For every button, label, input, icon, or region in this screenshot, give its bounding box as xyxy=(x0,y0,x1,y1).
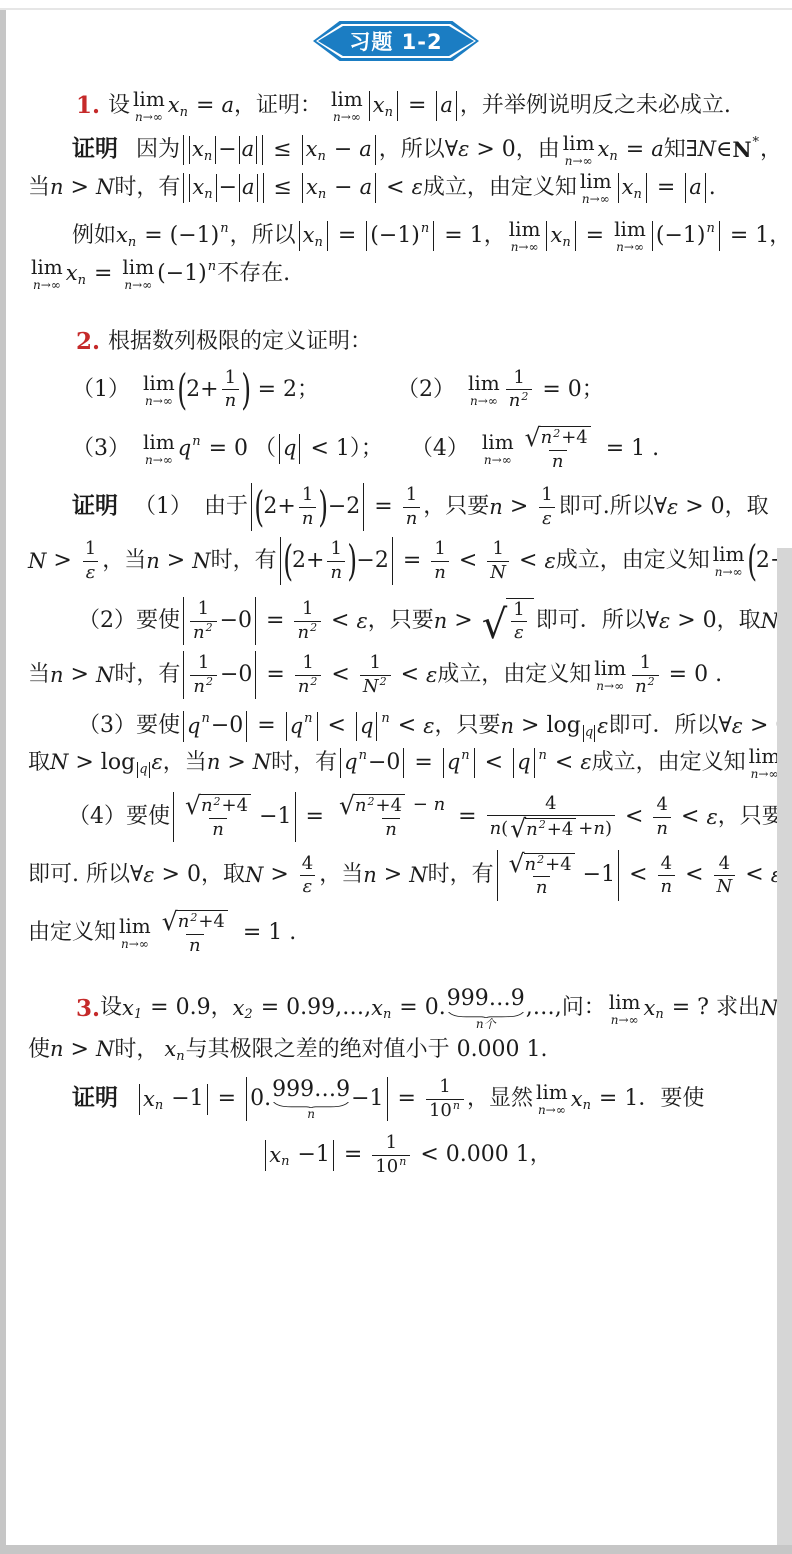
limit-under: n→∞ xyxy=(121,938,149,950)
subscript: n xyxy=(176,1049,184,1066)
text-run: （4） xyxy=(68,803,126,832)
absolute-value-group: a xyxy=(239,136,258,163)
proof-2-2-line-1: （2）要使1n2−0 = 1n2 < ε，只要n > √1ε即可．所以∀ε > … xyxy=(0,597,792,645)
math-variable: N xyxy=(760,995,778,1022)
text-run: > xyxy=(64,1036,96,1065)
underbrace-content: 999…9 xyxy=(447,987,525,1011)
absolute-value-group: (−1)n xyxy=(366,221,434,252)
text-run: +4 xyxy=(545,854,572,877)
radicand: n2+4 xyxy=(524,853,575,877)
fraction-denominator: N xyxy=(487,561,509,585)
absolute-value-group: xn −1 xyxy=(139,1084,208,1115)
fraction: 110n xyxy=(372,1132,410,1178)
fraction: 1ε xyxy=(538,484,555,530)
text-run: − xyxy=(219,174,237,203)
superscript: n xyxy=(539,748,547,765)
text-run: (−1) xyxy=(656,222,706,251)
limit-operator: limn→∞ xyxy=(31,257,63,291)
text-run: < xyxy=(618,803,650,832)
superscript: n xyxy=(381,711,389,728)
proof-2-1-line-1: 证明（1）由于(2+1n)−2 = 1n，只要n > 1ε即可.所以∀ε > 0… xyxy=(0,483,792,531)
text-run: ，证明： xyxy=(234,92,322,121)
text-run: = xyxy=(407,749,439,778)
math-variable: n xyxy=(50,662,64,689)
text-run: 4 xyxy=(545,793,556,816)
math-variable: ε xyxy=(706,804,717,831)
text-run: 2+ xyxy=(186,376,218,405)
subscript: n xyxy=(633,187,641,204)
text-run: 999…9 xyxy=(272,1078,350,1102)
limit-word: lim xyxy=(509,219,541,239)
math-variable: ε xyxy=(597,713,608,740)
math-variable: n xyxy=(525,854,537,877)
text-run: ，当 xyxy=(102,547,146,576)
math-variable: x xyxy=(373,92,385,119)
text-run: > xyxy=(377,861,409,890)
limit-word: lim xyxy=(119,916,151,936)
limit-word: lim xyxy=(31,257,63,277)
proof-2-4-line-1: （4）要使√n2+4n−1 = √n2+4 − nn = 4n(√n2+4+n)… xyxy=(0,792,792,843)
math-variable: ε xyxy=(143,862,154,889)
radical-sign: √ xyxy=(162,909,178,934)
math-variable: n xyxy=(501,713,515,740)
fraction-denominator: 10n xyxy=(372,1155,410,1179)
fraction-numerator: 1 xyxy=(510,367,527,390)
superscript: 2 xyxy=(310,621,317,635)
superscript: 2 xyxy=(648,675,655,689)
fraction-numerator: 1 xyxy=(195,598,212,621)
fraction-denominator: n xyxy=(658,875,676,899)
proof-2-3-line-1: （3）要使qn−0 = qn < qn < ε，只要n > logqε即可．所以… xyxy=(0,711,792,742)
math-variable: ε xyxy=(426,662,437,689)
absolute-value-group: xn−a xyxy=(183,173,263,204)
fraction-denominator: n2 xyxy=(190,675,217,699)
radical-sign: √ xyxy=(525,425,541,450)
absolute-value-group: q xyxy=(279,434,300,463)
limit-operator: limn→∞ xyxy=(594,658,626,692)
subscript: n xyxy=(609,149,617,166)
proof-2-3-line-2: 取N > logqε，当n > N时，有qn−0 = qn < qn < ε成立… xyxy=(0,746,792,780)
text-run: 不存在. xyxy=(217,260,290,289)
text-run: = xyxy=(451,803,483,832)
section-banner-shape: 习题 1-2 xyxy=(313,21,479,61)
text-run: （3） xyxy=(72,435,130,464)
fraction-numerator: 4 xyxy=(542,793,559,816)
math-variable: x xyxy=(550,222,562,249)
text-run: = 2； xyxy=(251,376,319,405)
text-run: < xyxy=(738,861,770,890)
text-run: ) xyxy=(605,818,612,841)
limit-operator: limn→∞ xyxy=(468,373,500,407)
limit-word: lim xyxy=(143,373,175,393)
superscript: 2 xyxy=(206,621,213,635)
text-run: 4 xyxy=(719,853,730,876)
math-variable: a xyxy=(242,174,255,201)
limit-operator: limn→∞ xyxy=(119,916,151,950)
square-root: √n2+4 xyxy=(185,793,251,818)
text-run: 因为 xyxy=(136,136,180,165)
fraction: √n2+4 − nn xyxy=(334,793,448,842)
left-paren: ( xyxy=(283,542,293,580)
fraction-numerator: √n2+4 xyxy=(157,909,233,934)
text-run: = xyxy=(259,661,291,690)
fraction-denominator: n xyxy=(403,507,421,531)
text-run: < 0.000 1， xyxy=(413,1141,551,1170)
fraction-numerator: 1 xyxy=(299,484,316,507)
limit-operator: limn→∞ xyxy=(614,219,646,253)
square-root: √1ε xyxy=(482,598,534,645)
fraction-denominator: N xyxy=(714,875,736,899)
text-run: = 0. xyxy=(392,994,445,1023)
fraction: 1n2 xyxy=(190,598,217,644)
text-run: = xyxy=(401,92,433,121)
text-run: (−1) xyxy=(157,260,207,289)
math-variable: n xyxy=(489,494,503,521)
fraction-denominator: n xyxy=(222,389,240,413)
proof-2-1-line-2: N > 1ε，当n > N时，有(2+1n)−2 = 1n < 1N < ε成立… xyxy=(0,537,792,585)
text-run: 1 xyxy=(302,652,313,675)
fraction-numerator: √n2+4 xyxy=(520,425,596,450)
problem-1-statement: 1.设limn→∞xn = a，证明：limn→∞xn = a，并举例说明反之未… xyxy=(0,89,792,123)
subscript: 1 xyxy=(134,1007,142,1024)
absolute-value-group: q xyxy=(583,725,595,742)
text-run: = ? 求出 xyxy=(665,994,760,1023)
text-run: −1 xyxy=(164,1085,203,1114)
bold-symbol: N xyxy=(732,136,751,163)
text-run: > xyxy=(160,547,192,576)
subscript: n xyxy=(204,187,212,204)
fraction-denominator: n xyxy=(653,817,671,841)
math-variable: q xyxy=(447,749,460,776)
absolute-value-group: 0.999…9n−1 xyxy=(246,1077,387,1121)
proof-3-line-1: 证明xn −1 = 0.999…9n−1 = 110n，显然limn→∞xn =… xyxy=(0,1076,792,1122)
limit-under: n→∞ xyxy=(511,241,539,253)
limit-word: lim xyxy=(482,432,514,452)
text-run: 由定义知 xyxy=(28,919,116,948)
proof-1-line-1: 证明因为xn−a ≤ xn − a，所以∀ε > 0，由limn→∞xn = a… xyxy=(0,133,792,167)
math-variable: x xyxy=(168,92,180,119)
text-run: −1 xyxy=(290,1141,329,1170)
math-variable: n xyxy=(212,819,224,842)
limit-word: lim xyxy=(580,171,612,191)
text-run: 1 xyxy=(541,484,552,507)
text-run: （1） xyxy=(72,376,130,405)
text-run: 时，有 xyxy=(271,749,337,778)
text-run: = xyxy=(579,222,611,251)
math-variable: ε xyxy=(412,174,423,201)
limit-under: n→∞ xyxy=(124,279,152,291)
math-variable: n xyxy=(526,819,538,842)
fraction-denominator: ε xyxy=(83,561,99,585)
math-variable: x xyxy=(644,995,656,1022)
subscript-group: q xyxy=(136,762,150,779)
problem-3-statement-line-2: 使n > N时，xn与其极限之差的绝对值小于 0.000 1. xyxy=(0,1036,792,1065)
text-run: −2 xyxy=(328,493,360,522)
limit-word: lim xyxy=(749,746,781,766)
absolute-value-group: (−1)n xyxy=(652,221,720,252)
fraction-denominator: n xyxy=(209,818,227,842)
text-run: 要使 xyxy=(136,607,180,636)
subscript: n xyxy=(383,1007,391,1024)
text-run: 成立，由定义知 xyxy=(437,661,591,690)
math-variable: N xyxy=(50,749,68,776)
math-variable: n xyxy=(363,862,377,889)
fraction-denominator: N2 xyxy=(360,675,391,699)
text-run: − xyxy=(327,174,359,203)
text-run: < xyxy=(379,174,411,203)
parenthesis-group: (2+1n) xyxy=(255,484,328,530)
fraction-numerator: 1 xyxy=(299,652,316,675)
math-variable: a xyxy=(221,92,234,119)
text-run: = xyxy=(250,712,282,741)
absolute-value-group: a xyxy=(436,91,457,120)
text-run: = 0.99,…, xyxy=(254,994,371,1023)
absolute-value-group: xn − a xyxy=(302,173,376,204)
fraction-denominator: 10n xyxy=(426,1099,464,1123)
fraction: 1n xyxy=(403,484,421,530)
superscript: n xyxy=(453,1099,460,1113)
math-variable: n xyxy=(406,508,418,531)
text-run: 1 xyxy=(439,1076,450,1099)
text-run: − xyxy=(218,136,236,165)
fraction-numerator: 1 xyxy=(538,484,555,507)
text-run: = 1 . xyxy=(236,919,296,948)
text-run: 1 xyxy=(513,599,524,622)
text-run: −0 xyxy=(211,712,243,741)
math-variable: N xyxy=(96,174,114,201)
subscript: n xyxy=(128,235,136,252)
superscript: 2 xyxy=(310,675,317,689)
problem-2-statement: 2.根据数列极限的定义证明： xyxy=(0,327,792,357)
subscript: n xyxy=(318,187,326,204)
fraction-numerator: 1 xyxy=(637,652,654,675)
math-variable: x xyxy=(269,1142,281,1169)
square-root: √n2+4 xyxy=(525,425,591,450)
math-variable: n xyxy=(201,795,213,818)
superscript: 2 xyxy=(190,911,197,925)
text-run: 取 xyxy=(28,749,50,778)
fraction-numerator: 1 xyxy=(299,598,316,621)
absolute-value-group: a xyxy=(685,173,706,202)
text-run: . xyxy=(709,174,716,203)
fraction-denominator: n xyxy=(549,450,567,474)
fraction-denominator: n2 xyxy=(295,675,322,699)
math-variable: x xyxy=(622,174,634,201)
radicand: n2+4 xyxy=(540,426,591,450)
text-run: 1 xyxy=(302,484,313,507)
limit-operator: limn→∞ xyxy=(536,1082,568,1116)
superscript: 2 xyxy=(214,795,221,809)
text-run: 1 xyxy=(302,598,313,621)
text-run: −0 xyxy=(220,661,252,690)
subscript: n xyxy=(180,105,188,122)
underbrace-content: 999…9 xyxy=(272,1078,350,1102)
subscript: n xyxy=(317,149,325,166)
fraction-numerator: 1 xyxy=(403,484,420,507)
limit-word: lim xyxy=(468,373,500,393)
math-variable: ε xyxy=(514,622,524,645)
math-variable: q xyxy=(290,713,303,740)
limit-operator: limn→∞ xyxy=(580,171,612,205)
text-run: ，只要 xyxy=(423,493,489,522)
text-run: 时，有 xyxy=(114,174,180,203)
page-top-line xyxy=(0,8,792,10)
absolute-value-group: q xyxy=(137,762,149,779)
math-variable: a xyxy=(242,136,255,163)
math-variable: n xyxy=(193,622,205,645)
text-run: < xyxy=(674,803,706,832)
fraction: 1n2 xyxy=(295,652,322,698)
fraction-numerator: √n2+4 xyxy=(504,851,580,876)
text-run: ≤ xyxy=(266,136,298,165)
math-variable: n xyxy=(385,819,397,842)
math-variable: a xyxy=(360,174,373,201)
text-run: 当 xyxy=(28,661,50,690)
subscript: n xyxy=(281,1154,289,1171)
fraction: 110n xyxy=(426,1076,464,1122)
math-variable: q xyxy=(585,725,593,742)
fraction-denominator: n(√n2+4+n) xyxy=(487,815,615,841)
text-run: −2 xyxy=(356,547,388,576)
problem-2-items-3-4: （3）limn→∞qn = 0（q < 1）；（4）limn→∞√n2+4n =… xyxy=(0,425,792,474)
superscript: 2 xyxy=(521,390,528,404)
math-variable: ε xyxy=(458,136,469,163)
limit-under: n→∞ xyxy=(538,1104,566,1116)
math-variable: n xyxy=(355,795,367,818)
text-run: < xyxy=(548,749,580,778)
fraction-numerator: 4 xyxy=(716,853,733,876)
limit-word: lim xyxy=(133,89,165,109)
fraction-denominator: ε xyxy=(511,621,527,645)
page-edge-bottom xyxy=(0,1545,792,1554)
left-paren: ( xyxy=(177,371,187,409)
limit-under: n→∞ xyxy=(484,454,512,466)
text-run: < xyxy=(512,547,544,576)
text-run: = (−1) xyxy=(137,222,219,251)
fraction: 1n2 xyxy=(190,652,217,698)
fraction-numerator: 1 xyxy=(383,1132,400,1155)
text-run: < xyxy=(394,661,426,690)
radicand: 1ε xyxy=(506,598,533,645)
fraction: 4n xyxy=(658,853,676,899)
absolute-value-group: qn xyxy=(443,748,475,777)
text-run: 1 xyxy=(434,538,445,561)
text-run: （1） xyxy=(134,493,192,522)
page-edge-right xyxy=(777,548,792,1545)
fraction: 1n2 xyxy=(506,367,533,413)
fraction-denominator: n2 xyxy=(294,621,321,645)
absolute-value-group: (2+1n)−2 xyxy=(251,483,364,531)
math-variable: n xyxy=(193,676,205,699)
limit-under: n→∞ xyxy=(616,241,644,253)
fraction-denominator: ε xyxy=(300,875,316,899)
text-run: 即可．所以∀ xyxy=(536,607,659,636)
proof-2-4-line-2: 即可. 所以∀ε > 0，取N > 4ε，当n > N时，有√n2+4n−1 <… xyxy=(0,850,792,901)
subscript-group: q xyxy=(582,725,596,742)
math-variable: x xyxy=(571,1086,583,1113)
math-variable: n xyxy=(297,622,309,645)
math-variable: n xyxy=(207,749,221,776)
text-run: = 0 . xyxy=(662,661,722,690)
radical-sign: √ xyxy=(339,793,355,818)
fraction-denominator: n xyxy=(431,561,449,585)
document-body: 1.设limn→∞xn = a，证明：limn→∞xn = a，并举例说明反之未… xyxy=(0,89,792,1178)
proof-label: 证明 xyxy=(72,135,118,165)
text-run: = xyxy=(337,1141,369,1170)
underbrace-group: 999…9n xyxy=(272,1078,350,1120)
superscript: n xyxy=(461,748,469,765)
superscript: 2 xyxy=(537,853,544,867)
right-paren: ) xyxy=(319,488,329,526)
radicand: n2+4 xyxy=(354,794,405,818)
text-run: = 1．要使 xyxy=(592,1085,704,1114)
math-variable: n xyxy=(50,174,64,201)
superscript: n xyxy=(304,711,312,728)
text-run: = xyxy=(650,174,682,203)
section-title: 习题 1-2 xyxy=(313,21,479,61)
fraction: √n2+4n xyxy=(520,425,596,474)
text-run: 时，有 xyxy=(211,547,277,576)
text-run: 1 xyxy=(513,367,524,390)
right-paren: ) xyxy=(347,542,357,580)
text-run: −1 xyxy=(351,1085,383,1114)
text-run: 1 xyxy=(225,367,236,390)
text-run: < xyxy=(678,861,710,890)
text-run: 1 xyxy=(198,652,209,675)
limit-word: lim xyxy=(713,544,745,564)
math-variable: n xyxy=(536,877,548,900)
math-variable: N xyxy=(490,562,506,585)
text-run: 2+ xyxy=(292,547,324,576)
problem-number: 3. xyxy=(76,994,100,1024)
fraction-numerator: 4 xyxy=(658,853,675,876)
text-run: 根据数列极限的定义证明： xyxy=(108,328,372,357)
limit-operator: limn→∞ xyxy=(482,432,514,466)
fraction-denominator: n2 xyxy=(632,675,659,699)
math-variable: n xyxy=(50,1036,64,1063)
math-variable: q xyxy=(187,713,200,740)
underbrace-label: n xyxy=(307,1108,315,1120)
math-variable: x xyxy=(598,136,610,163)
math-variable: x xyxy=(116,222,128,249)
underbrace-label: n个 xyxy=(476,1018,496,1030)
math-variable: x xyxy=(371,995,383,1022)
text-run: 要使 xyxy=(126,803,170,832)
radicand: n2+4 xyxy=(525,818,576,842)
text-run: = xyxy=(189,92,221,121)
math-variable: ε xyxy=(423,713,434,740)
text-run: 即可. 所以∀ xyxy=(28,861,143,890)
text-run: > 0，由 xyxy=(469,136,559,165)
limit-word: lim xyxy=(143,432,175,452)
text-run: < xyxy=(391,712,423,741)
fraction: 1ε xyxy=(82,538,99,584)
limit-word: lim xyxy=(122,257,154,277)
text-run: > log xyxy=(68,749,135,778)
problem-2-items-1-2: （1）limn→∞(2+1n) = 2；（2）limn→∞1n2 = 0； xyxy=(0,367,792,413)
text-run: < xyxy=(324,661,356,690)
math-variable: n xyxy=(490,818,502,841)
text-run: ≤ xyxy=(267,174,299,203)
fraction-numerator: 1 xyxy=(431,538,448,561)
math-variable: ε xyxy=(303,876,313,899)
text-run: > xyxy=(46,547,78,576)
page-edge-left xyxy=(0,10,6,1554)
limit-under: n→∞ xyxy=(145,454,173,466)
text-run: > xyxy=(503,493,535,522)
problem-3-statement-line-1: 3.设x1 = 0.9，x2 = 0.99,…,xn = 0.999…9n个,…… xyxy=(0,987,792,1029)
math-variable: n xyxy=(434,794,446,817)
